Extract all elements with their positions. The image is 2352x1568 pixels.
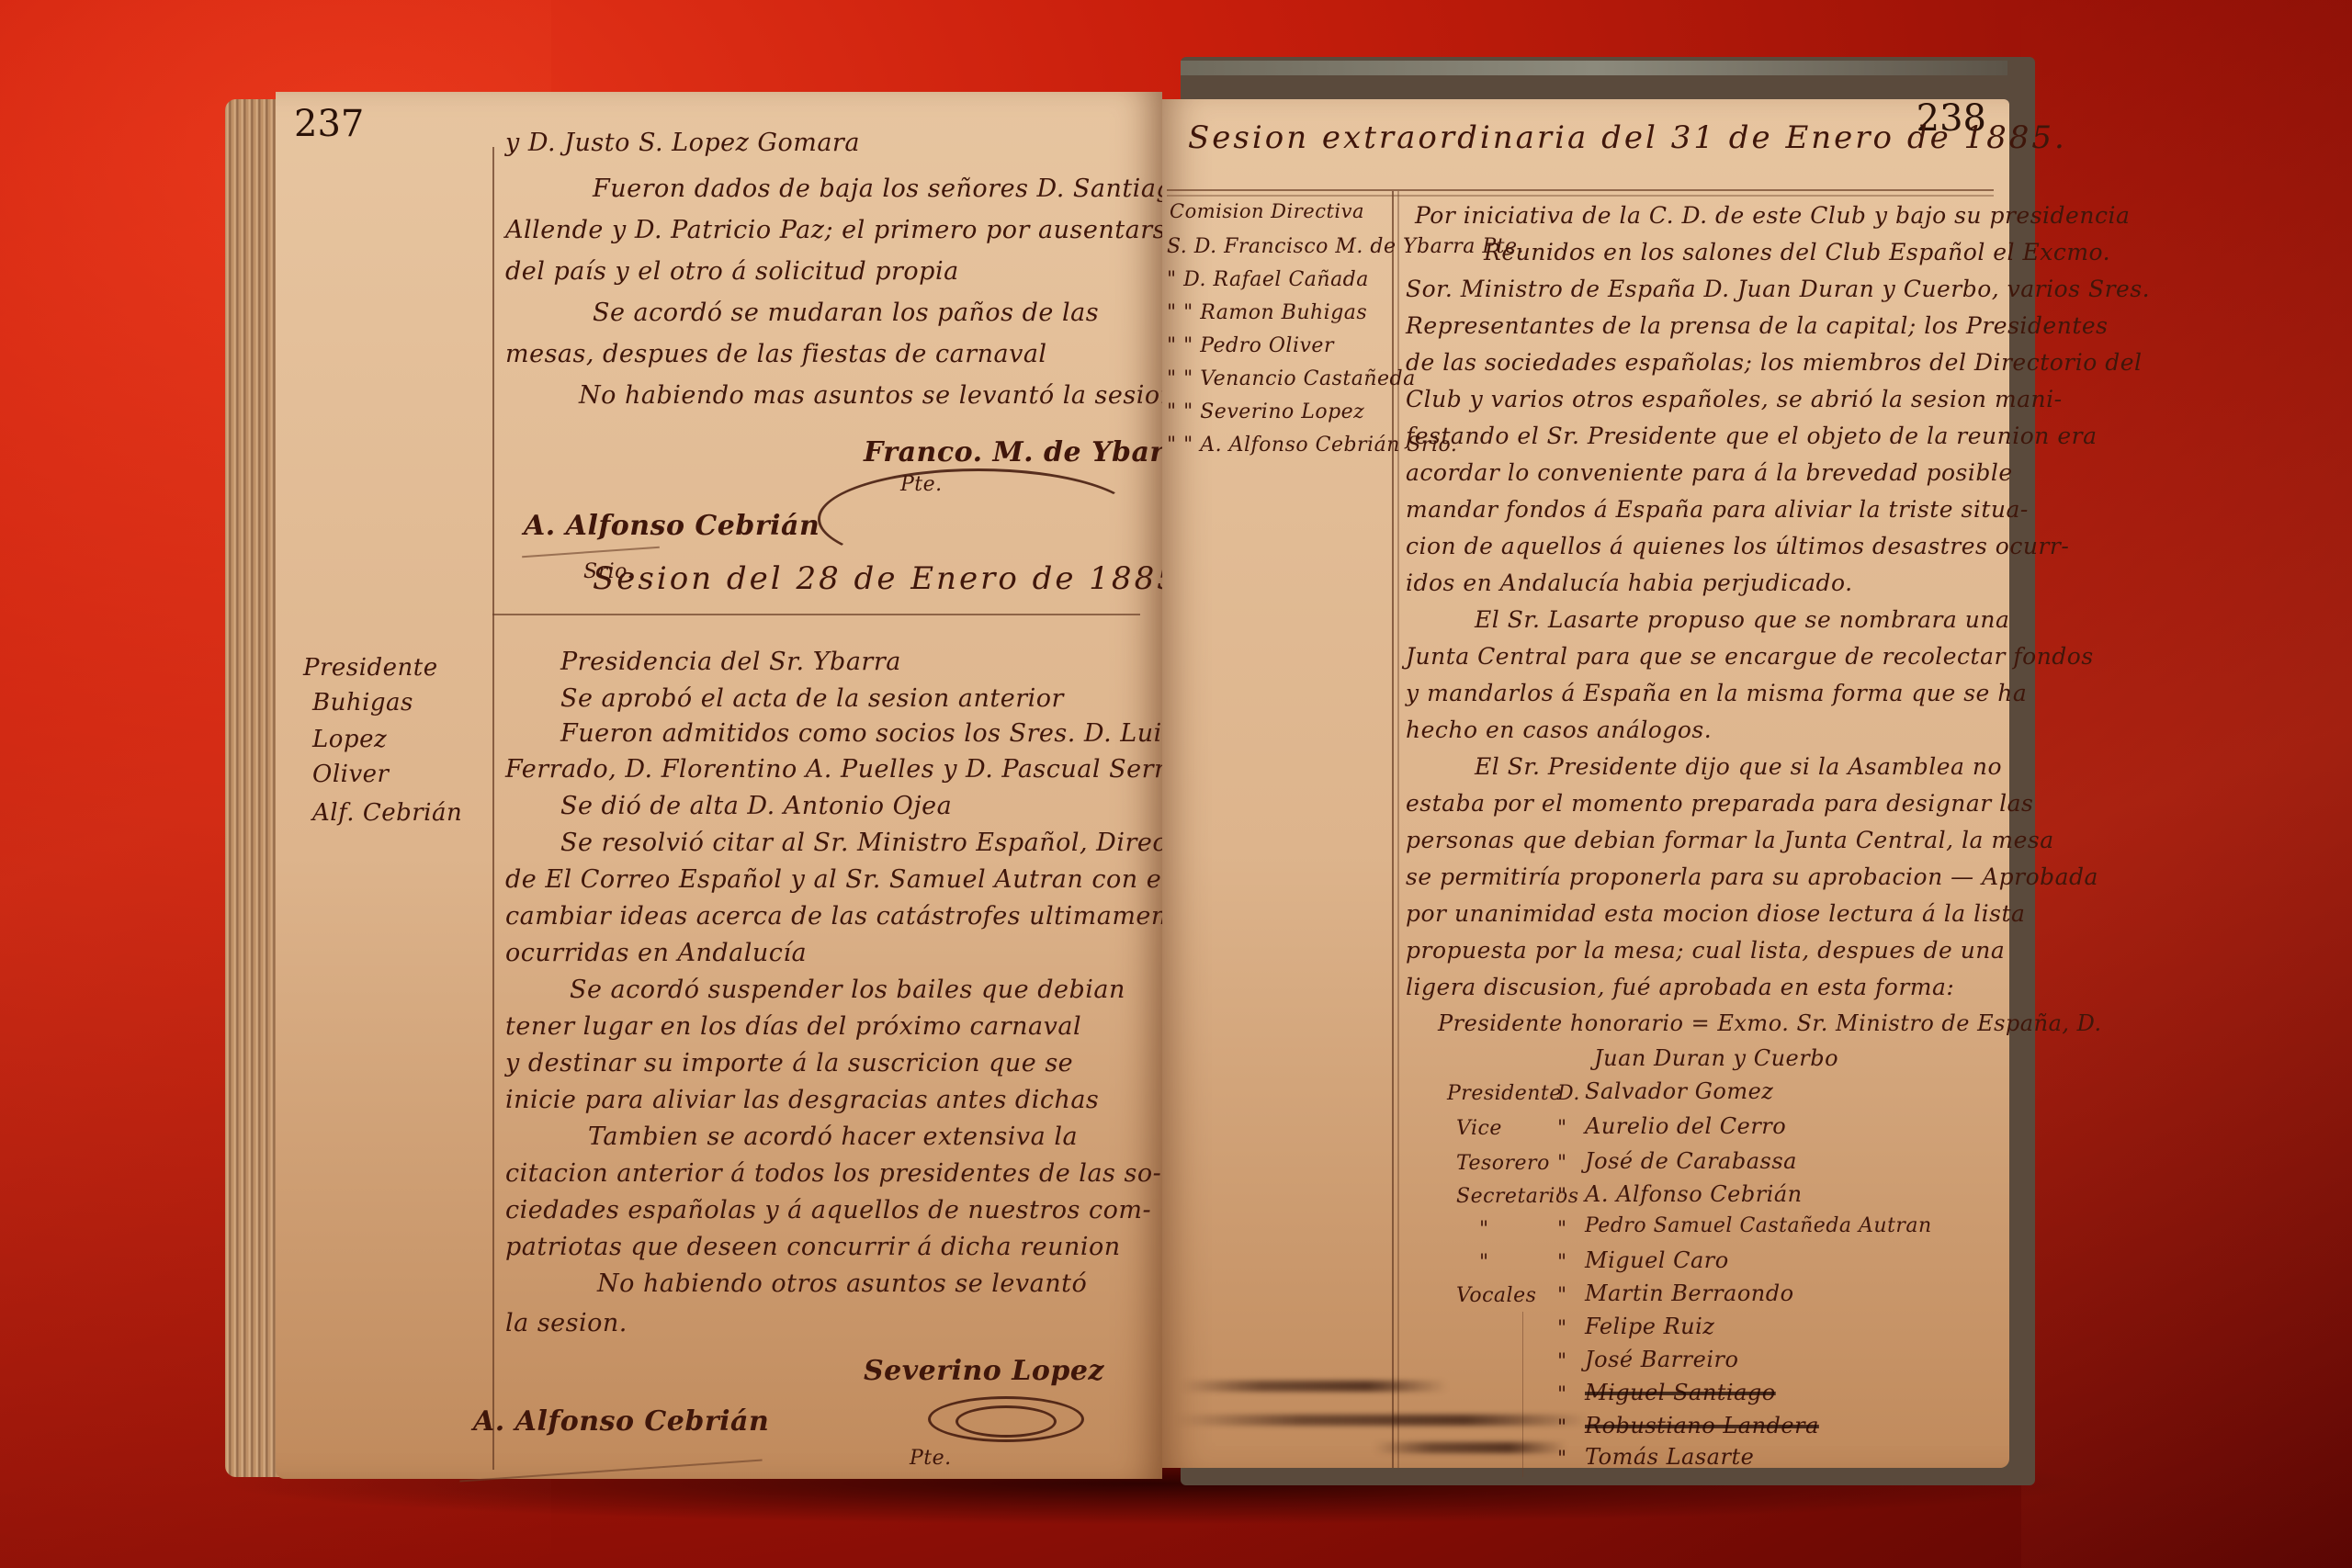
ink-smear [1176, 1415, 1589, 1426]
junta-mark: " [1557, 1218, 1567, 1241]
attendee: Alf. Cebrián [312, 799, 462, 827]
text-line: Allende y D. Patricio Paz; el primero po… [505, 216, 1181, 244]
text-line: citacion anterior á todos los presidente… [505, 1159, 1161, 1188]
session-title: Sesion del 28 de Enero de 1885. [593, 560, 1193, 597]
junta-member: José de Carabassa [1585, 1148, 1797, 1174]
margin-rule [492, 147, 494, 1470]
signature-underline [459, 1459, 762, 1482]
commission-member: S. D. Francisco M. de Ybarra Pte. [1167, 235, 1524, 258]
text-line: de El Correo Español y al Sr. Samuel Aut… [505, 865, 1252, 894]
text-line: propuesta por la mesa; cual lista, despu… [1406, 937, 2005, 964]
text-line: Fueron admitidos como socios los Sres. D… [560, 719, 1175, 748]
attendee: Buhigas [312, 689, 413, 716]
junta-member: Felipe Ruiz [1585, 1314, 1714, 1339]
junta-role: " [1479, 1218, 1489, 1241]
ink-smear [1374, 1442, 1566, 1453]
junta-member: A. Alfonso Cebrián [1585, 1181, 1803, 1207]
text-line: Presidente honorario = Exmo. Sr. Ministr… [1438, 1010, 2102, 1036]
right-page: 238 Sesion extraordinaria del 31 de Ener… [1162, 99, 2009, 1468]
text-line: Se resolvió citar al Sr. Ministro Españo… [560, 829, 1204, 857]
text-line: del país y el otro á solicitud propia [505, 257, 959, 286]
text-line: No habiendo mas asuntos se levantó la se… [579, 381, 1177, 410]
text-line: y destinar su importe á la suscricion qu… [505, 1049, 1073, 1077]
text-line: ocurridas en Andalucía [505, 939, 807, 967]
attendee: Lopez [312, 726, 387, 753]
text-line: idos en Andalucía habia perjudicado. [1406, 570, 1853, 596]
text-line: ciedades españolas y á aquellos de nuest… [505, 1196, 1151, 1224]
text-line: por unanimidad esta mocion diose lectura… [1406, 900, 2025, 927]
commission-member: " " Venancio Castañeda [1167, 367, 1416, 390]
attendee: Oliver [312, 761, 389, 788]
text-line: estaba por el momento preparada para des… [1406, 790, 2033, 817]
text-line: Por iniciativa de la C. D. de este Club … [1415, 202, 2130, 229]
ink-smear [1181, 1381, 1447, 1392]
junta-mark: " [1557, 1251, 1567, 1274]
section-rule [492, 614, 1140, 615]
left-page: 237 y D. Justo S. Lopez Gomara Fueron da… [276, 92, 1162, 1479]
text-line: No habiendo otros asuntos se levantó [597, 1269, 1087, 1298]
junta-mark: " [1557, 1117, 1567, 1140]
junta-member: Pedro Samuel Castañeda Autran [1585, 1214, 1932, 1237]
text-line: El Sr. Presidente dijo que si la Asamble… [1475, 753, 2002, 780]
junta-member: Martin Berraondo [1585, 1280, 1794, 1306]
junta-mark: " [1557, 1185, 1567, 1208]
text-line: personas que debian formar la Junta Cent… [1406, 827, 2054, 853]
text-line: El Sr. Lasarte propuso que se nombrara u… [1475, 606, 2009, 633]
margin-heading: Comision Directiva [1170, 200, 1364, 222]
junta-member: Salvador Gomez [1585, 1078, 1773, 1104]
signature-president: Severino Lopez [864, 1355, 1104, 1387]
junta-role: Vocales [1456, 1284, 1536, 1307]
section-rule [1167, 195, 1994, 197]
text-line: y mandarlos á España en la misma forma q… [1406, 680, 2027, 706]
session-title: Sesion extraordinaria del 31 de Enero de… [1188, 119, 2067, 156]
text-line: Club y varios otros españoles, se abrió … [1406, 386, 2063, 412]
text-line: Se acordó se mudaran los paños de las [593, 299, 1099, 327]
signature-flourish [955, 1405, 1057, 1438]
text-line: cion de aquellos á quienes los últimos d… [1406, 533, 2069, 559]
text-line: mesas, despues de las fiestas de carnava… [505, 340, 1047, 368]
text-line: inicie para aliviar las desgracias antes… [505, 1086, 1099, 1114]
text-line: Tambien se acordó hacer extensiva la [588, 1122, 1078, 1151]
signature-secretary: A. Alfonso Cebrián [524, 510, 820, 542]
text-line: Junta Central para que se encargue de re… [1406, 643, 2094, 670]
signature-role: Pte. [910, 1447, 952, 1470]
junta-member: Aurelio del Cerro [1585, 1113, 1786, 1139]
section-rule [1167, 189, 1994, 191]
commission-member: " " Severino Lopez [1167, 400, 1364, 423]
text-line: cambiar ideas acerca de las catástrofes … [505, 902, 1193, 931]
text-line: Representantes de la prensa de la capita… [1406, 312, 2109, 339]
signature-president: Franco. M. de Ybarra [864, 436, 1198, 468]
text-line: ligera discusion, fué aprobada en esta f… [1406, 974, 1954, 1000]
junta-role: Presidente [1447, 1082, 1562, 1105]
junta-mark: " [1557, 1152, 1567, 1175]
book-spine-edge [1181, 61, 2007, 75]
commission-member: " " Ramon Buhigas [1167, 301, 1367, 324]
junta-member: José Barreiro [1585, 1347, 1738, 1372]
page-edges-left [225, 99, 280, 1477]
attendee: Presidente [303, 654, 438, 682]
junta-member: Tomás Lasarte [1585, 1444, 1754, 1470]
text-line: de las sociedades españolas; los miembro… [1406, 349, 2143, 376]
text-line: y D. Justo S. Lopez Gomara [505, 129, 860, 157]
text-line: Ferrado, D. Florentino A. Puelles y D. P… [505, 755, 1182, 784]
commission-member: " " Pedro Oliver [1167, 334, 1334, 357]
junta-mark: " [1557, 1350, 1567, 1373]
commission-member: " D. Rafael Cañada [1167, 268, 1369, 291]
text-line: tener lugar en los días del próximo carn… [505, 1012, 1081, 1041]
junta-role: " [1479, 1251, 1489, 1274]
junta-member-struck: Robustiano Landera [1585, 1413, 1819, 1438]
junta-role: Vice [1456, 1117, 1502, 1140]
signature-secretary: A. Alfonso Cebrián [473, 1405, 769, 1438]
text-line: Presidencia del Sr. Ybarra [560, 648, 901, 676]
page-number: 237 [294, 103, 364, 145]
text-line: mandar fondos á España para aliviar la t… [1406, 496, 2029, 523]
text-line: festando el Sr. Presidente que el objeto… [1406, 423, 2098, 449]
text-line: hecho en casos análogos. [1406, 716, 1712, 743]
junta-role: Tesorero [1456, 1152, 1550, 1175]
text-line: Fueron dados de baja los señores D. Sant… [593, 175, 1188, 203]
junta-mark: " [1557, 1317, 1567, 1340]
text-line: Se acordó suspender los bailes que debia… [570, 976, 1125, 1004]
text-line: Se dió de alta D. Antonio Ojea [560, 792, 952, 820]
text-line: acordar lo conveniente para á la breveda… [1406, 459, 2013, 486]
red-cloth-fold [2021, 0, 2352, 1568]
junta-member: Miguel Caro [1585, 1247, 1729, 1273]
signature-underline [522, 547, 660, 558]
text-line: se permitiría proponerla para su aprobac… [1406, 863, 2098, 890]
junta-mark: " [1557, 1284, 1567, 1307]
text-line: Juan Duran y Cuerbo [1594, 1045, 1838, 1071]
text-line: Se aprobó el acta de la sesion anterior [560, 684, 1064, 713]
text-line: Sor. Ministro de España D. Juan Duran y … [1406, 276, 2150, 302]
signature-flourish [818, 468, 1139, 570]
junta-member-struck: Miguel Santiago [1585, 1380, 1776, 1405]
junta-mark: " [1557, 1383, 1567, 1406]
text-line: patriotas que deseen concurrir á dicha r… [505, 1233, 1121, 1261]
text-line: la sesion. [505, 1309, 628, 1337]
text-line: Reunidos en los salones del Club Español… [1484, 239, 2110, 265]
junta-mark: D. [1557, 1082, 1580, 1105]
